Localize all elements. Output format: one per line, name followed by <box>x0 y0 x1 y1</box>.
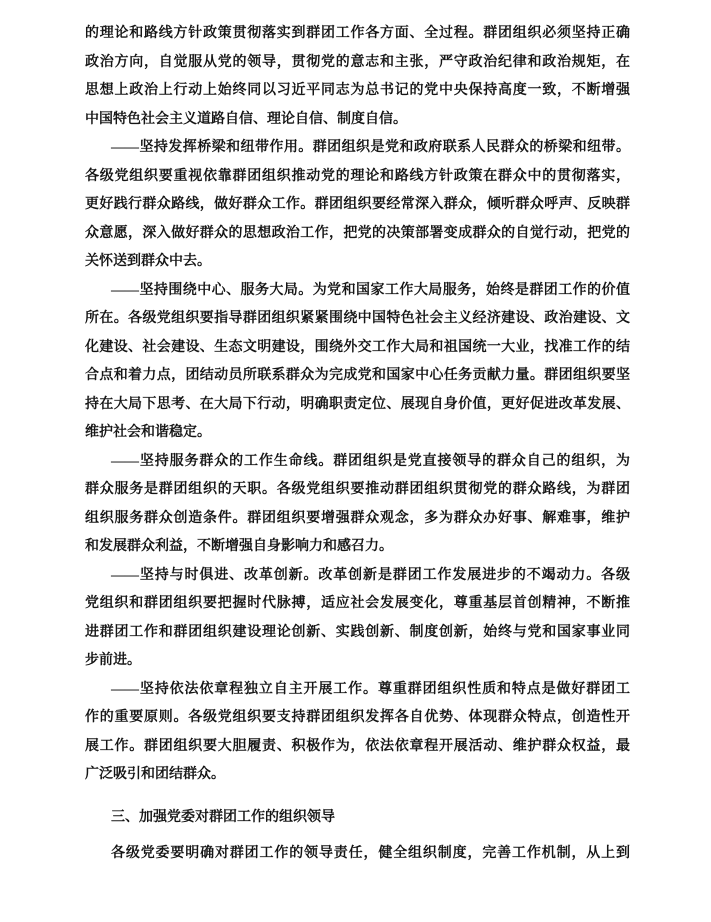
heading-section-three: 三、加强党委对群团工作的组织领导 <box>85 804 630 833</box>
text-line: 群众服务是群团组织的天职。各级党组织要推动群团组织贯彻党的群众路线，为群团 <box>85 476 630 505</box>
text-line: 思想上政治上行动上始终同以习近平同志为总书记的党中央保持高度一致，不断增强 <box>85 77 630 106</box>
para-serve-the-masses: ——坚持服务群众的工作生命线。群团组织是党直接领导的群众自己的组织，为群众服务是… <box>85 448 630 562</box>
text-line: 持在大局下思考、在大局下行动，明确职责定位、展现自身价值，更好促进改革发展、 <box>85 391 630 420</box>
text-line: ——坚持依法依章程独立自主开展工作。尊重群团组织性质和特点是做好群团工 <box>85 676 630 705</box>
text-line: 化建设、社会建设、生态文明建设，围绕外交工作大局和祖国统一大业，找准工作的结 <box>85 334 630 363</box>
text-line: 关怀送到群众中去。 <box>85 248 630 277</box>
text-line: 展工作。群团组织要大胆履责、积极作为，依法依章程开展活动、维护群众权益，最 <box>85 733 630 762</box>
text-line: 政治方向，自觉服从党的领导，贯彻党的意志和主张，严守政治纪律和政治规矩，在 <box>85 49 630 78</box>
text-line: 的理论和路线方针政策贯彻落实到群团工作各方面、全过程。群团组织必须坚持正确 <box>85 20 630 49</box>
text-line: 组织服务群众创造条件。群团组织要增强群众观念，多为群众办好事、解难事，维护 <box>85 505 630 534</box>
para-reform-and-innovation: ——坚持与时俱进、改革创新。改革创新是群团工作发展进步的不竭动力。各级党组织和群… <box>85 562 630 676</box>
para-independent-work-by-law: ——坚持依法依章程独立自主开展工作。尊重群团组织性质和特点是做好群团工作的重要原… <box>85 676 630 790</box>
para-political-direction-continued: 的理论和路线方针政策贯彻落实到群团工作各方面、全过程。群团组织必须坚持正确政治方… <box>85 20 630 134</box>
text-line: ——坚持服务群众的工作生命线。群团组织是党直接领导的群众自己的组织，为 <box>85 448 630 477</box>
text-line: ——坚持发挥桥梁和纽带作用。群团组织是党和政府联系人民群众的桥梁和纽带。 <box>85 134 630 163</box>
para-party-committee-leadership: 各级党委要明确对群团工作的领导责任，健全组织制度，完善工作机制，从上到 <box>85 840 630 869</box>
text-line: 更好践行群众路线，做好群众工作。群团组织要经常深入群众，倾听群众呼声、反映群 <box>85 191 630 220</box>
text-line: 中国特色社会主义道路自信、理论自信、制度自信。 <box>85 106 630 135</box>
document-page: 的理论和路线方针政策贯彻落实到群团工作各方面、全过程。群团组织必须坚持正确政治方… <box>0 0 711 922</box>
text-line: 各级党组织要重视依靠群团组织推动党的理论和路线方针政策在群众中的贯彻落实， <box>85 163 630 192</box>
text-line: 广泛吸引和团结群众。 <box>85 761 630 790</box>
text-line: 合点和着力点，团结动员所联系群众为完成党和国家中心任务贡献力量。群团组织要坚 <box>85 362 630 391</box>
para-bridge-and-bond: ——坚持发挥桥梁和纽带作用。群团组织是党和政府联系人民群众的桥梁和纽带。各级党组… <box>85 134 630 277</box>
text-line: ——坚持与时俱进、改革创新。改革创新是群团工作发展进步的不竭动力。各级 <box>85 562 630 591</box>
text-line: 党组织和群团组织要把握时代脉搏，适应社会发展变化，尊重基层首创精神，不断推 <box>85 590 630 619</box>
text-line: 步前进。 <box>85 647 630 676</box>
text-line: 所在。各级党组织要指导群团组织紧紧围绕中国特色社会主义经济建设、政治建设、文 <box>85 305 630 334</box>
text-line: 维护社会和谐稳定。 <box>85 419 630 448</box>
text-line: 各级党委要明确对群团工作的领导责任，健全组织制度，完善工作机制，从上到 <box>85 840 630 869</box>
document-body: 的理论和路线方针政策贯彻落实到群团工作各方面、全过程。群团组织必须坚持正确政治方… <box>85 20 630 869</box>
text-line: ——坚持围绕中心、服务大局。为党和国家工作大局服务，始终是群团工作的价值 <box>85 277 630 306</box>
text-line: 作的重要原则。各级党组织要支持群团组织发挥各自优势、体现群众特点，创造性开 <box>85 704 630 733</box>
section-heading: 三、加强党委对群团工作的组织领导 <box>85 804 630 833</box>
text-line: 和发展群众利益，不断增强自身影响力和感召力。 <box>85 533 630 562</box>
text-line: 众意愿，深入做好群众的思想政治工作，把党的决策部署变成群众的自觉行动，把党的 <box>85 220 630 249</box>
text-line: 进群团工作和群团组织建设理论创新、实践创新、制度创新，始终与党和国家事业同 <box>85 619 630 648</box>
para-center-and-overall-situation: ——坚持围绕中心、服务大局。为党和国家工作大局服务，始终是群团工作的价值所在。各… <box>85 277 630 448</box>
